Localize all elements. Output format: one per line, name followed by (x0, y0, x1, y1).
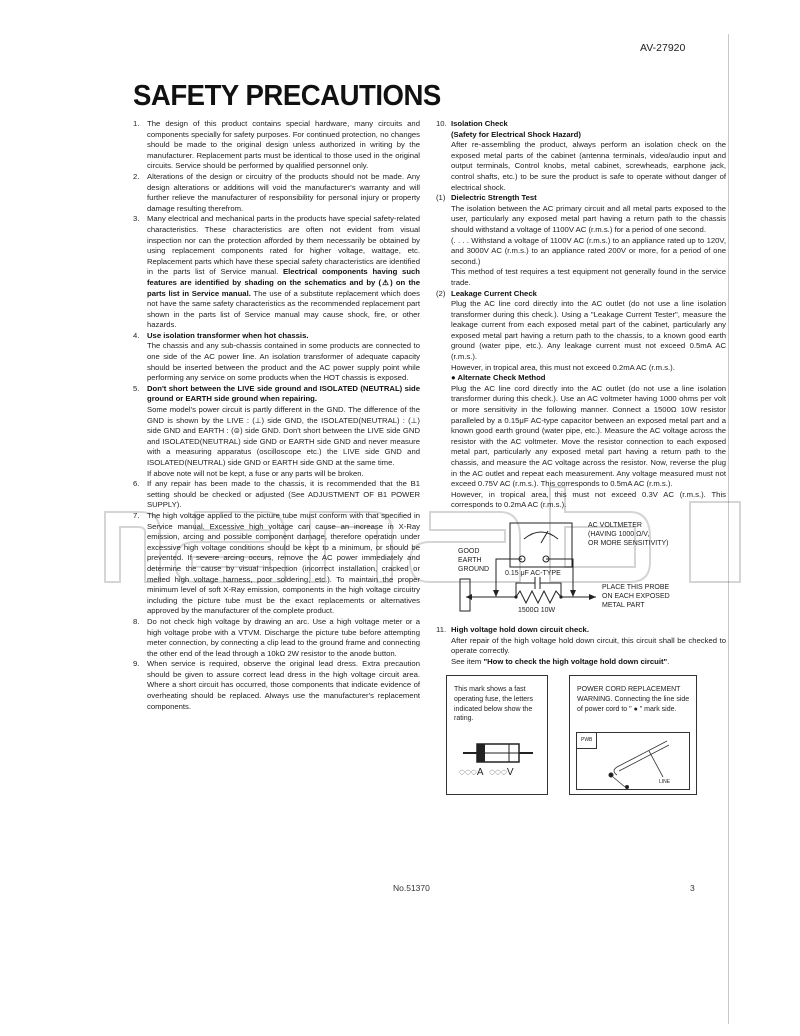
precaution-item-6: 6. If any repair has been made to the ch… (133, 479, 420, 511)
precaution-item-4: 4. Use isolation transformer when hot ch… (133, 331, 420, 384)
pwb-diagram: PWB LINE (576, 732, 690, 790)
sub-heading: Leakage Current Check (451, 289, 726, 300)
fuse-icon (463, 742, 533, 764)
voltage-rating: ◌◌◌V (489, 767, 514, 778)
resistor-icon (516, 591, 561, 603)
document-code: AV-27920 (640, 42, 685, 54)
left-column: 1. The design of this product contains s… (133, 119, 420, 712)
alternate-check-heading: ● Alternate Check Method (451, 373, 726, 384)
precaution-item-3: 3. Many electrical and mechanical parts … (133, 214, 420, 331)
leakage-test-circuit-diagram: AC VOLTMETER (HAVING 1000 Ω/V, OR MORE S… (436, 517, 726, 617)
earth-ground-icon (460, 579, 470, 611)
probe-arrow-icon (589, 594, 596, 600)
precaution-item-7: 7. The high voltage applied to the pictu… (133, 511, 420, 617)
voltmeter-label: AC VOLTMETER (HAVING 1000 Ω/V, OR MORE S… (588, 521, 669, 548)
page-title: SAFETY PRECAUTIONS (133, 80, 441, 113)
item-subheading: (Safety for Electrical Shock Hazard) (451, 130, 726, 141)
document-number: No.51370 (393, 883, 430, 893)
precaution-item-8: 8. Do not check high voltage by drawing … (133, 617, 420, 659)
page-number: 3 (690, 883, 695, 893)
precaution-item-11: 11. High voltage hold down circuit check… (436, 625, 726, 667)
warning-boxes: This mark shows a fast operating fuse, t… (436, 675, 726, 795)
item-heading: Isolation Check (451, 119, 726, 130)
page-edge (728, 34, 729, 1024)
power-cord-icon (577, 733, 689, 789)
item-heading: Use isolation transformer when hot chass… (147, 331, 420, 342)
item-heading: Don't short between the LIVE side ground… (147, 384, 420, 405)
item-heading: High voltage hold down circuit check. (451, 625, 726, 636)
capacitor-label: 0.15 μF AC-TYPE (505, 569, 561, 578)
precaution-item-1: 1. The design of this product contains s… (133, 119, 420, 172)
leakage-current-check: (2) Leakage Current Check Plug the AC li… (436, 289, 726, 511)
ampere-rating: ◌◌◌A (459, 767, 484, 778)
cross-reference: "How to check the high voltage hold down… (483, 657, 667, 666)
precaution-item-2: 2. Alterations of the design or circuitr… (133, 172, 420, 214)
precaution-item-9: 9. When service is required, observe the… (133, 659, 420, 712)
sub-heading: Dielectric Strength Test (451, 193, 726, 204)
probe-label: PLACE THIS PROBE ON EACH EXPOSED METAL P… (602, 583, 670, 610)
line-label: LINE (659, 777, 670, 788)
right-column: 10. Isolation Check (Safety for Electric… (436, 119, 726, 795)
dielectric-strength-test: (1) Dielectric Strength Test The isolati… (436, 193, 726, 288)
precaution-item-10: 10. Isolation Check (Safety for Electric… (436, 119, 726, 193)
ground-label: GOOD EARTH GROUND (458, 547, 489, 574)
power-cord-warning-box: POWER CORD REPLACEMENT WARNING. Connecti… (569, 675, 697, 795)
resistor-label: 1500Ω 10W (518, 606, 555, 615)
precaution-item-5: 5. Don't short between the LIVE side gro… (133, 384, 420, 479)
fast-fuse-box: This mark shows a fast operating fuse, t… (446, 675, 548, 795)
